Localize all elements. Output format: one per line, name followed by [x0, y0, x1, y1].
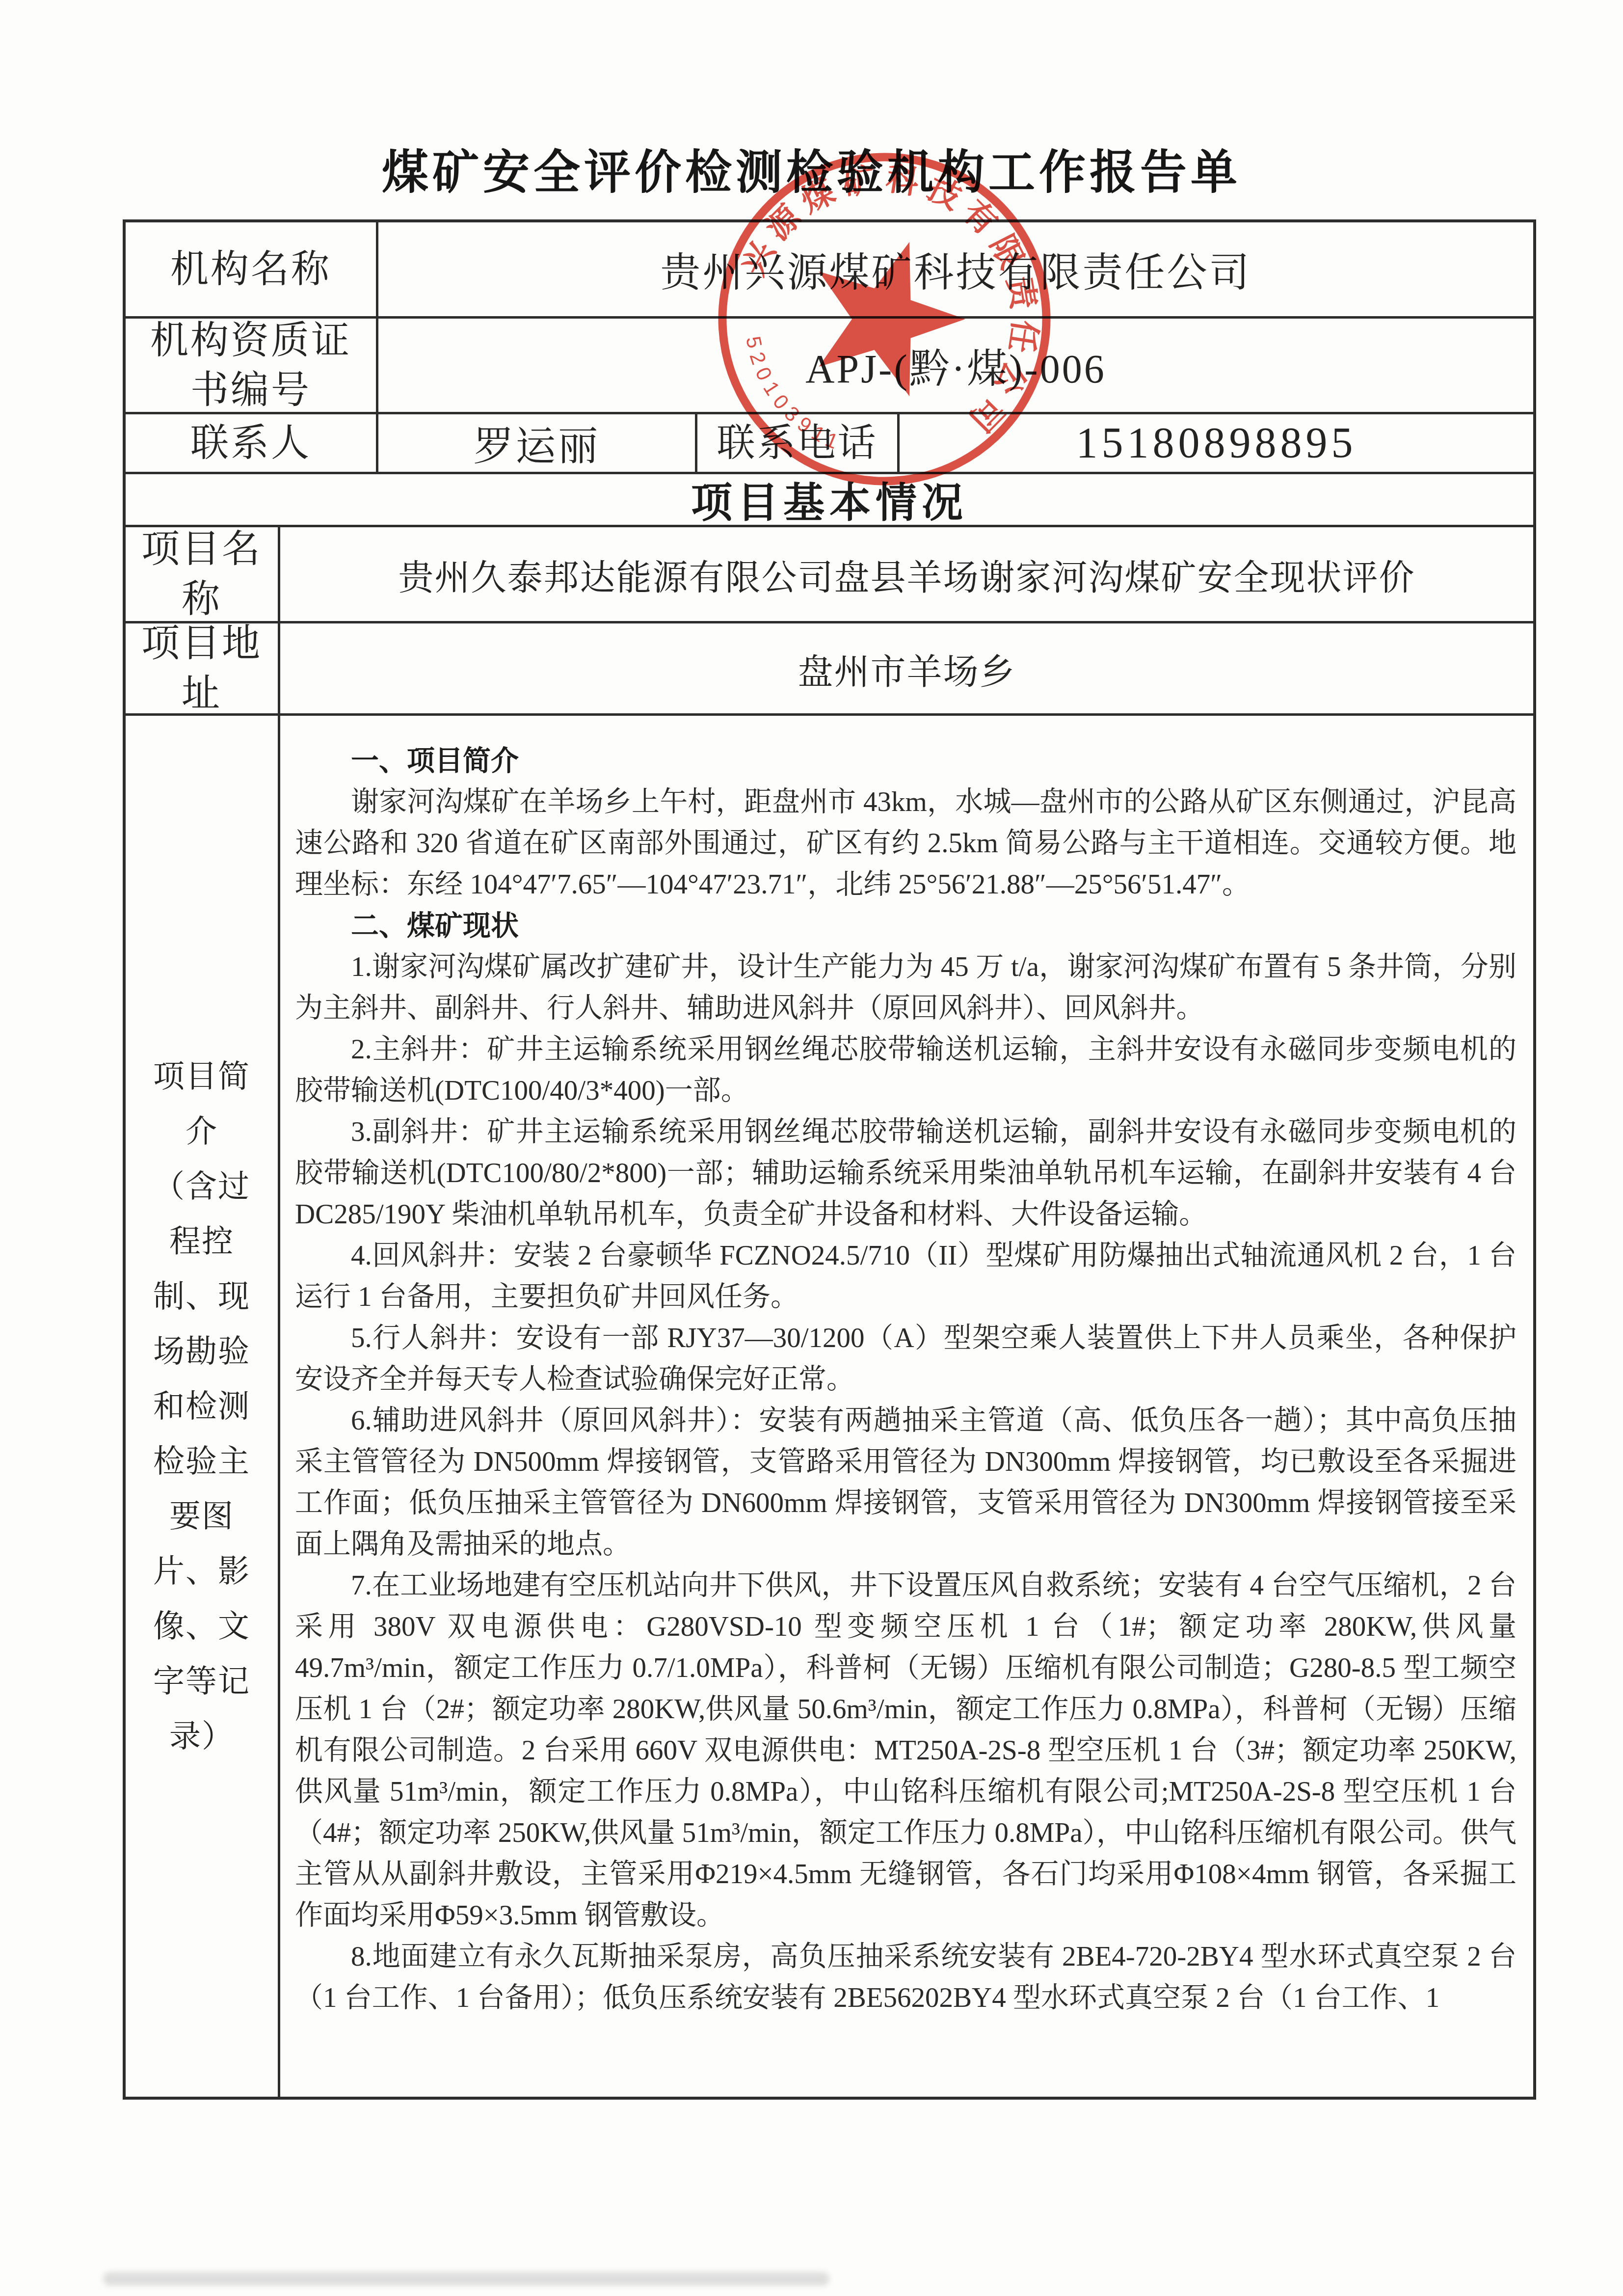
row-project-name: 项目名 称 贵州久泰邦达能源有限公司盘县羊场谢家河沟煤矿安全现状评价 [126, 525, 1533, 621]
org-name-label: 机构名称 [126, 222, 376, 316]
row-project-intro: 项目简 介 （含过 程控 制、现 场勘验 和检测 检验主 要图 片、影 像、文 … [126, 713, 1533, 2097]
page-title: 煤矿安全评价检测检验机构工作报告单 [0, 135, 1623, 202]
intro-paragraph: 谢家河沟煤矿在羊场乡上午村，距盘州市 43km，水城—盘州市的公路从矿区东侧通过… [295, 782, 1517, 905]
row-org-name: 机构名称 贵州兴源煤矿科技有限责任公司 [126, 222, 1533, 316]
project-name-label: 项目名 称 [126, 527, 278, 621]
row-cert-no: 机构资质证 书编号 APJ-(黔·煤)-006 [126, 316, 1533, 412]
row-section-header: 项目基本情况 [126, 472, 1533, 525]
project-intro-label: 项目简 介 （含过 程控 制、现 场勘验 和检测 检验主 要图 片、影 像、文 … [126, 716, 278, 2097]
row-contact: 联系人 罗运丽 联系电话 15180898895 [126, 412, 1533, 472]
scan-artifact [103, 2272, 829, 2286]
project-address-value: 盘州市羊场乡 [278, 623, 1533, 713]
phone-value: 15180898895 [897, 414, 1533, 472]
cert-no-value: APJ-(黔·煤)-006 [376, 319, 1533, 412]
intro-paragraph: 8.地面建立有永久瓦斯抽采泵房，高负压抽采系统安装有 2BE4-720-2BY4… [295, 1936, 1517, 2019]
section-header: 项目基本情况 [126, 474, 1533, 525]
contact-label: 联系人 [126, 414, 376, 472]
cert-no-label: 机构资质证 书编号 [126, 319, 376, 412]
project-name-value: 贵州久泰邦达能源有限公司盘县羊场谢家河沟煤矿安全现状评价 [278, 527, 1533, 621]
phone-label: 联系电话 [695, 414, 897, 472]
intro-paragraph: 5.行人斜井：安设有一部 RJY37—30/1200（A）型架空乘人装置供上下井… [295, 1318, 1517, 1400]
contact-name-value: 罗运丽 [376, 414, 695, 472]
project-address-label: 项目地 址 [126, 623, 278, 713]
row-project-address: 项目地 址 盘州市羊场乡 [126, 621, 1533, 713]
intro-paragraph: 6.辅助进风斜井（原回风斜井）：安装有两趟抽采主管道（高、低负压各一趟）；其中高… [295, 1400, 1517, 1565]
report-page: 煤矿安全评价检测检验机构工作报告单 机构名称 贵州兴源煤矿科技有限责任公司 机构… [0, 0, 1623, 2296]
intro-paragraph: 4.回风斜井：安装 2 台豪顿华 FCZNO24.5/710（II）型煤矿用防爆… [295, 1235, 1517, 1318]
org-name-value: 贵州兴源煤矿科技有限责任公司 [376, 222, 1533, 316]
project-intro-body: 一、项目简介谢家河沟煤矿在羊场乡上午村，距盘州市 43km，水城—盘州市的公路从… [278, 716, 1533, 2097]
report-table: 机构名称 贵州兴源煤矿科技有限责任公司 机构资质证 书编号 APJ-(黔·煤)-… [123, 219, 1536, 2100]
intro-paragraph: 3.副斜井：矿井主运输系统采用钢丝绳芯胶带输送机运输，副斜井安设有永磁同步变频电… [295, 1111, 1517, 1235]
intro-paragraph: 1.谢家河沟煤矿属改扩建矿井，设计生产能力为 45 万 t/a，谢家河沟煤矿布置… [295, 946, 1517, 1029]
intro-paragraph: 一、项目简介 [295, 740, 1517, 782]
intro-paragraph: 二、煤矿现状 [295, 905, 1517, 946]
intro-paragraph: 2.主斜井：矿井主运输系统采用钢丝绳芯胶带输送机运输，主斜井安设有永磁同步变频电… [295, 1029, 1517, 1111]
intro-paragraph: 7.在工业场地建有空压机站向井下供风，井下设置压风自救系统；安装有 4 台空气压… [295, 1565, 1517, 1936]
